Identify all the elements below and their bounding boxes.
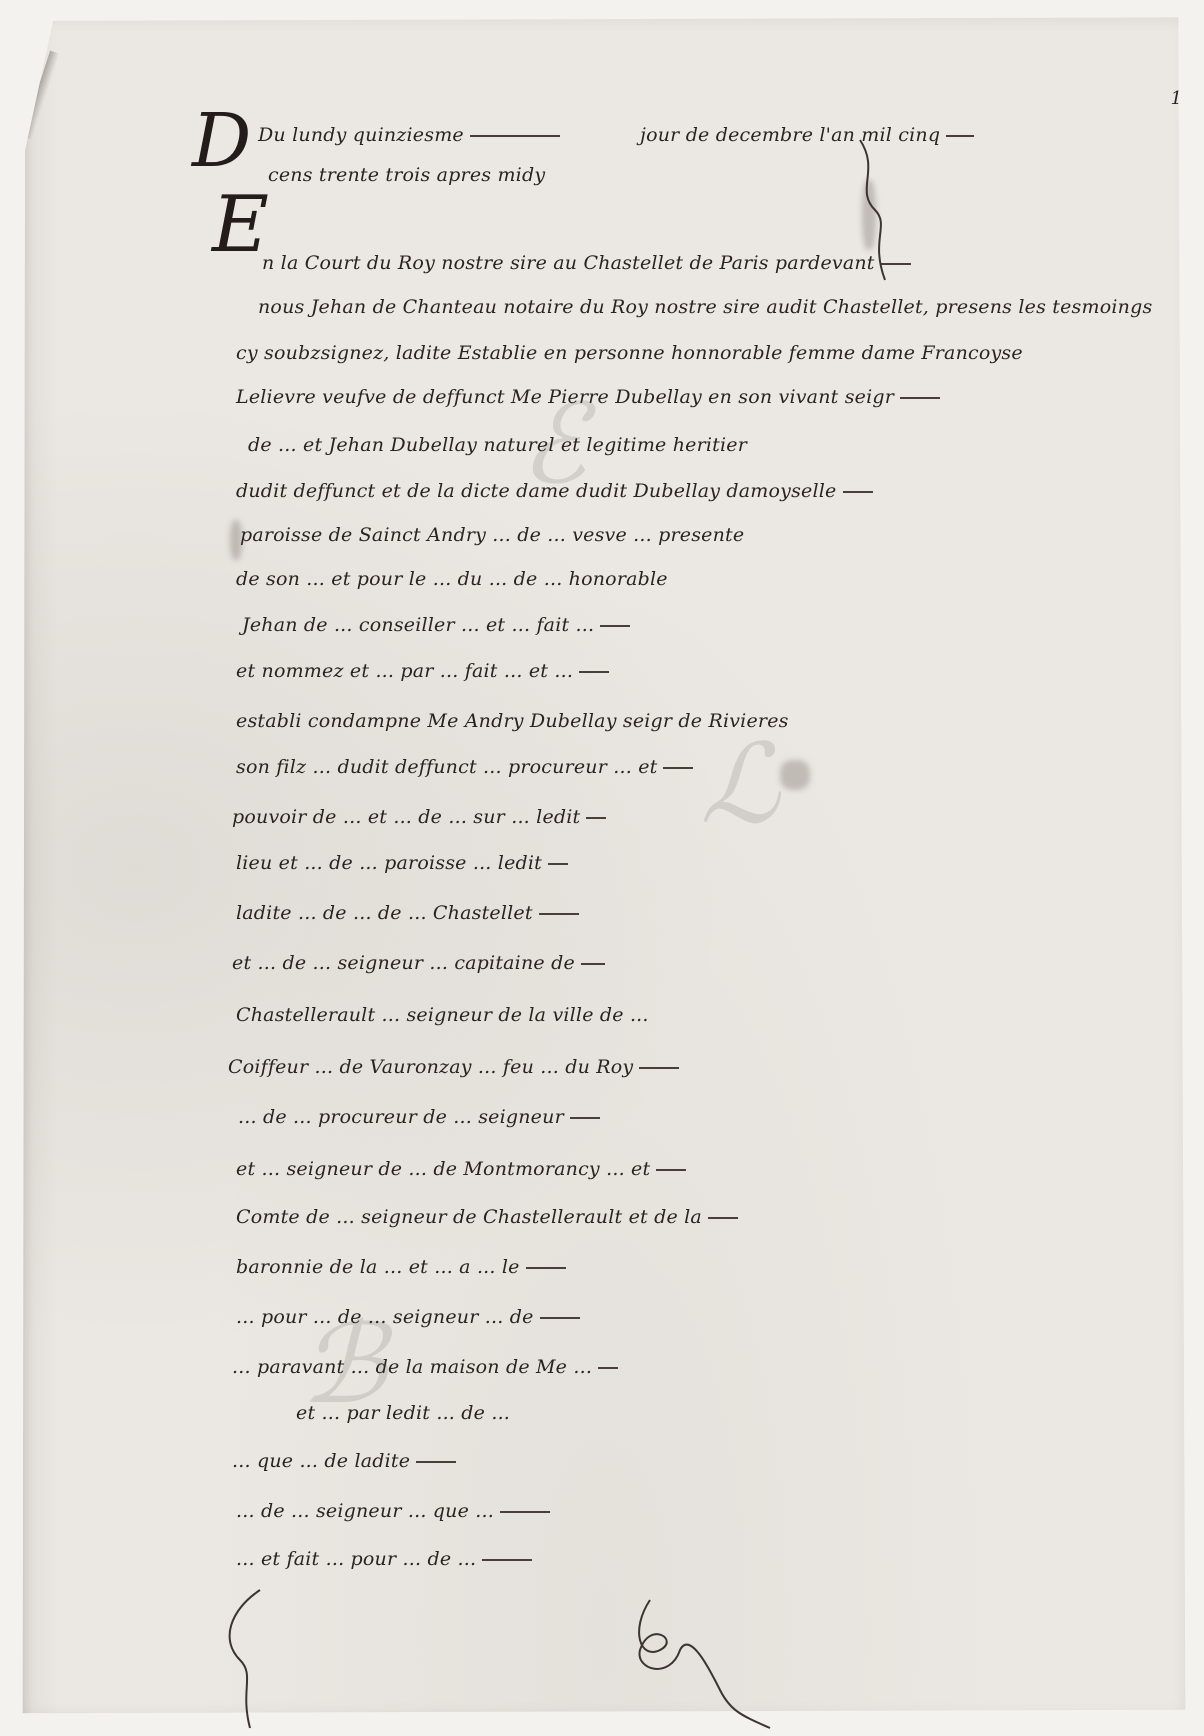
body-line-19: ... de ... procureur de ... seigneur (238, 1106, 600, 1128)
body-line-15: ladite ... de ... de ... Chastellet (236, 902, 579, 924)
heading-line-1: Du lundy quinziesme (258, 124, 560, 146)
body-line-4: Lelievre veufve de deffunct Me Pierre Du… (236, 386, 940, 408)
body-line-9: Jehan de ... conseiller ... et ... fait … (242, 614, 630, 636)
body-line-16: et ... de ... seigneur ... capitaine de (232, 952, 605, 974)
body-line-18: Coiffeur ... de Vauronzay ... feu ... du… (228, 1056, 679, 1078)
body-line-25: et ... par ledit ... de ... (296, 1402, 510, 1424)
ink-blot (780, 760, 810, 790)
body-line-28: ... et fait ... pour ... de ... (236, 1548, 532, 1570)
body-line-7: paroisse de Sainct Andry ... de ... vesv… (240, 524, 744, 546)
body-line-13: pouvoir de ... et ... de ... sur ... led… (232, 806, 606, 828)
body-line-1: n la Court du Roy nostre sire au Chastel… (262, 252, 911, 274)
body-line-10: et nommez et ... par ... fait ... et ... (236, 660, 609, 682)
body-line-2: nous Jehan de Chanteau notaire du Roy no… (258, 296, 1152, 318)
body-line-23: ... pour ... de ... seigneur ... de (236, 1306, 580, 1328)
body-line-20: et ... seigneur de ... de Montmorancy ..… (236, 1158, 686, 1180)
left-margin-flourish (200, 1580, 320, 1730)
body-line-22: baronnie de la ... et ... a ... le (236, 1256, 566, 1278)
body-line-26: ... que ... de ladite (232, 1450, 456, 1472)
show-through-mark: ℒ (700, 720, 779, 848)
body-line-5: de ... et Jehan Dubellay naturel et legi… (248, 434, 747, 456)
folio-number: 1 (1171, 88, 1182, 109)
body-initial: E (212, 186, 269, 264)
heading-line-2: jour de decembre l'an mil cinq (640, 124, 974, 146)
paper-fold-shadow (22, 51, 59, 140)
body-line-27: ... de ... seigneur ... que ... (236, 1500, 550, 1522)
heading-flourish (850, 130, 910, 290)
body-line-14: lieu et ... de ... paroisse ... ledit (236, 852, 568, 874)
body-line-12: son filz ... dudit deffunct ... procureu… (236, 756, 693, 778)
body-line-11: establi condampne Me Andry Dubellay seig… (236, 710, 789, 732)
signature-paraph (620, 1590, 780, 1730)
body-line-17: Chastellerault ... seigneur de la ville … (236, 1004, 649, 1026)
body-line-3: cy soubzsignez, ladite Establie en perso… (236, 342, 1023, 364)
heading-initial: D (192, 104, 251, 178)
body-line-21: Comte de ... seigneur de Chastellerault … (236, 1206, 738, 1228)
body-line-8: de son ... et pour le ... du ... de ... … (236, 568, 668, 590)
body-line-6: dudit deffunct et de la dicte dame dudit… (236, 480, 873, 502)
heading-line-3: cens trente trois apres midy (268, 164, 545, 186)
body-line-24: ... paravant ... de la maison de Me ... (232, 1356, 618, 1378)
